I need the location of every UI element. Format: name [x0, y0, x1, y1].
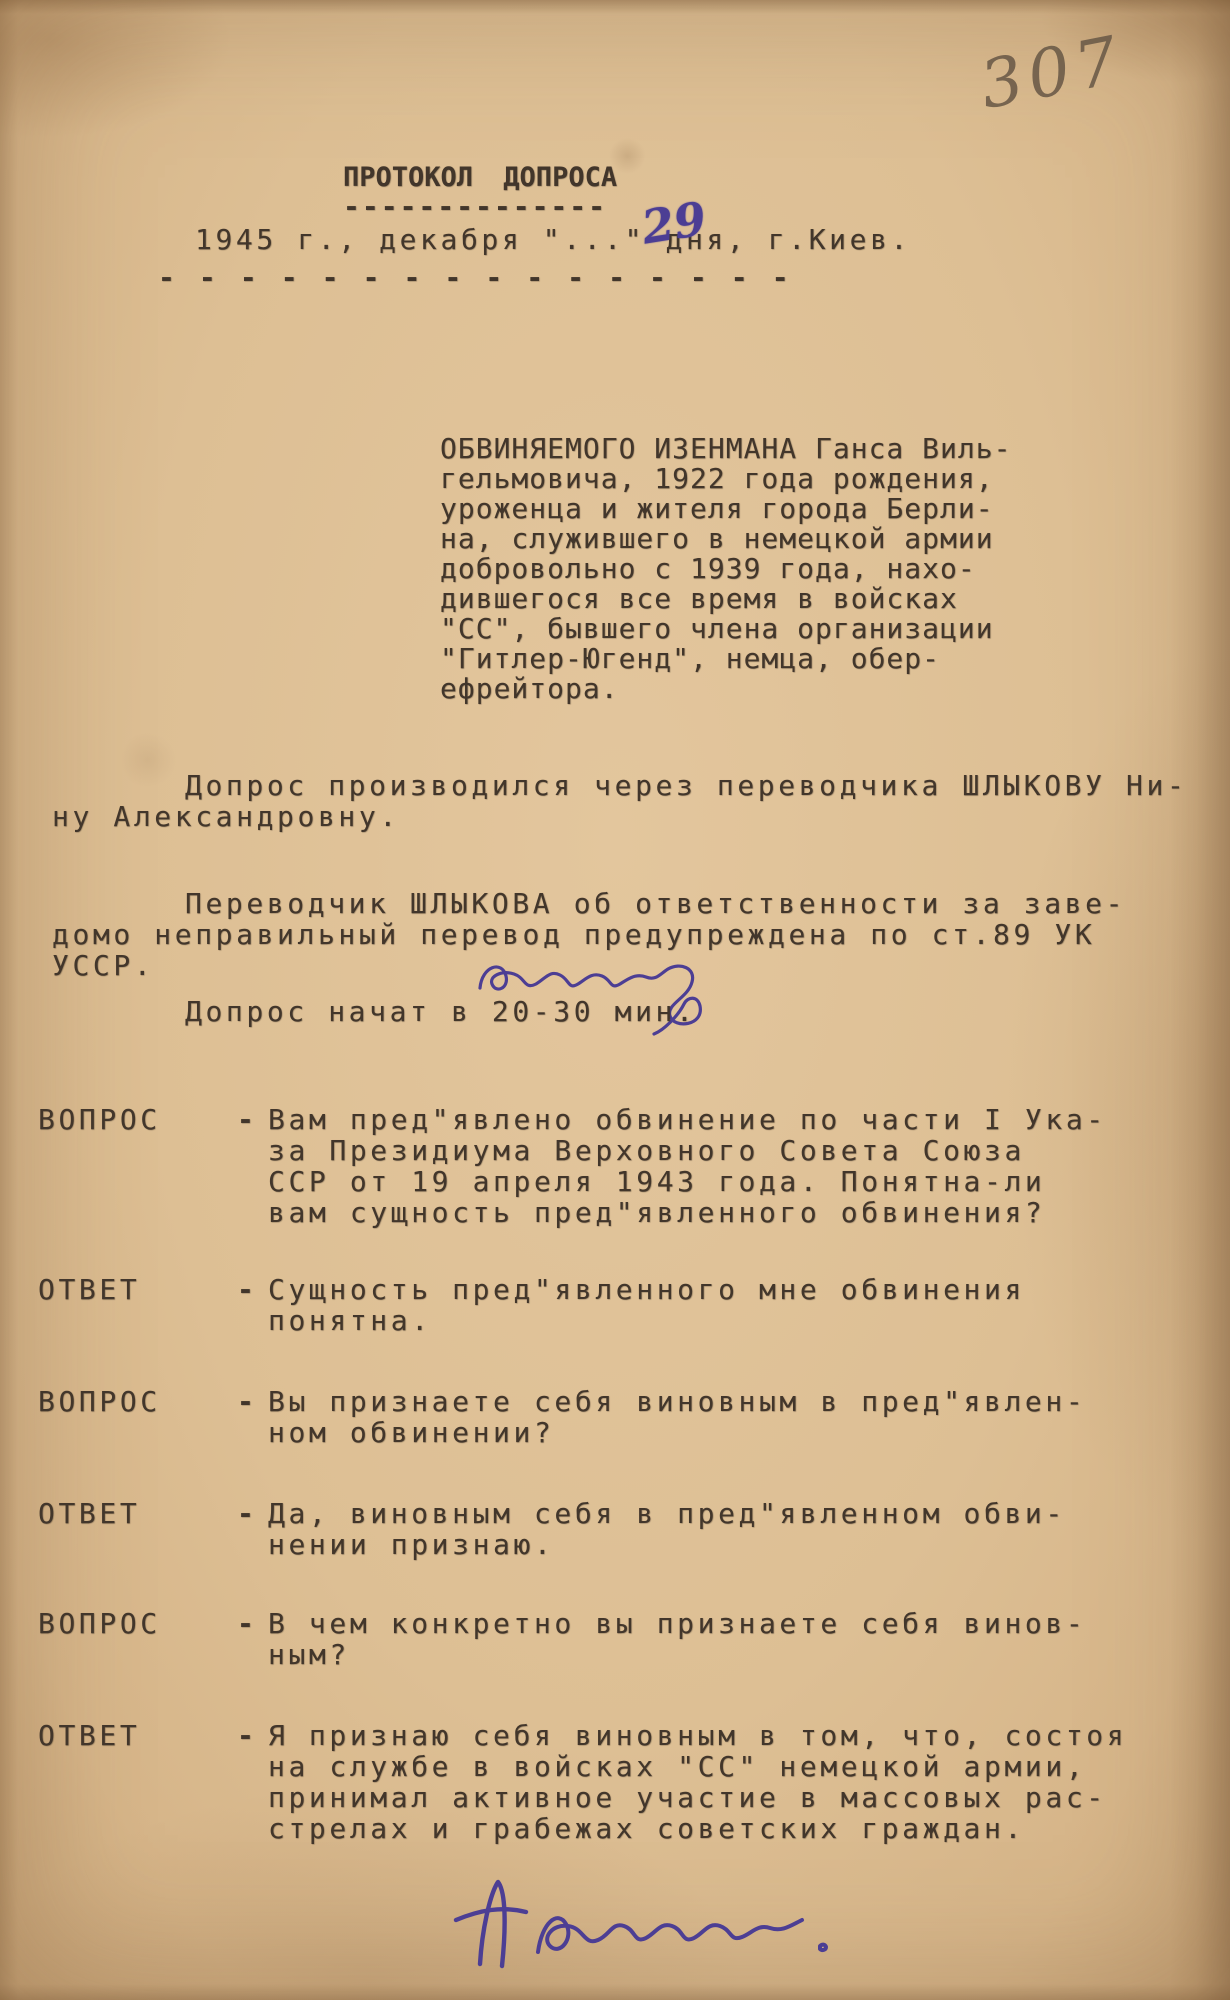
qa-dash: - [237, 1386, 257, 1417]
page-number-handwritten: 307 [974, 21, 1130, 124]
answer-text: Да, виновным себя в пред"явленном обви- … [268, 1498, 1213, 1560]
qa-dash: - [237, 1608, 257, 1639]
qa-dash: - [237, 1720, 257, 1751]
date-underline: - - - - - - - - - - - - - - - - [158, 262, 792, 293]
interpreter-intro-paragraph: Допрос производился через переводчика ШЛ… [52, 770, 1217, 832]
title-underline: -------------- [343, 191, 607, 222]
question-text: Вам пред"явлено обвинение по части I Ука… [268, 1104, 1213, 1228]
accused-signature [428, 1852, 858, 1992]
accused-description-block: ОБВИНЯЕМОГО ИЗЕНМАНА Ганса Виль- гельмов… [440, 434, 1160, 704]
document-page: 307 ПРОТОКОЛ ДОПРОСА -------------- 1945… [0, 0, 1230, 2000]
question-text: Вы признаете себя виновным в пред"явлен-… [268, 1386, 1213, 1448]
question-text: В чем конкретно вы признаете себя винов-… [268, 1608, 1213, 1670]
qa-dash: - [237, 1104, 257, 1135]
handwritten-day-number: 29 [638, 191, 710, 254]
answer-label: ОТВЕТ [38, 1498, 140, 1529]
date-line: 1945 г., декабря "..." дня, г.Киев. [195, 224, 911, 255]
start-time-line: Допрос начат в 20-30 мин. [185, 996, 696, 1027]
answer-label: ОТВЕТ [38, 1274, 140, 1305]
question-label: ВОПРОС [38, 1104, 161, 1135]
qa-dash: - [237, 1498, 257, 1529]
document-title: ПРОТОКОЛ ДОПРОСА [343, 162, 617, 193]
qa-dash: - [237, 1274, 257, 1305]
question-label: ВОПРОС [38, 1386, 161, 1417]
answer-text: Я признаю себя виновным в том, что, сост… [268, 1720, 1213, 1844]
answer-text: Сущность пред"явленного мне обвинения по… [268, 1274, 1213, 1336]
question-label: ВОПРОС [38, 1608, 161, 1639]
answer-label: ОТВЕТ [38, 1720, 140, 1751]
